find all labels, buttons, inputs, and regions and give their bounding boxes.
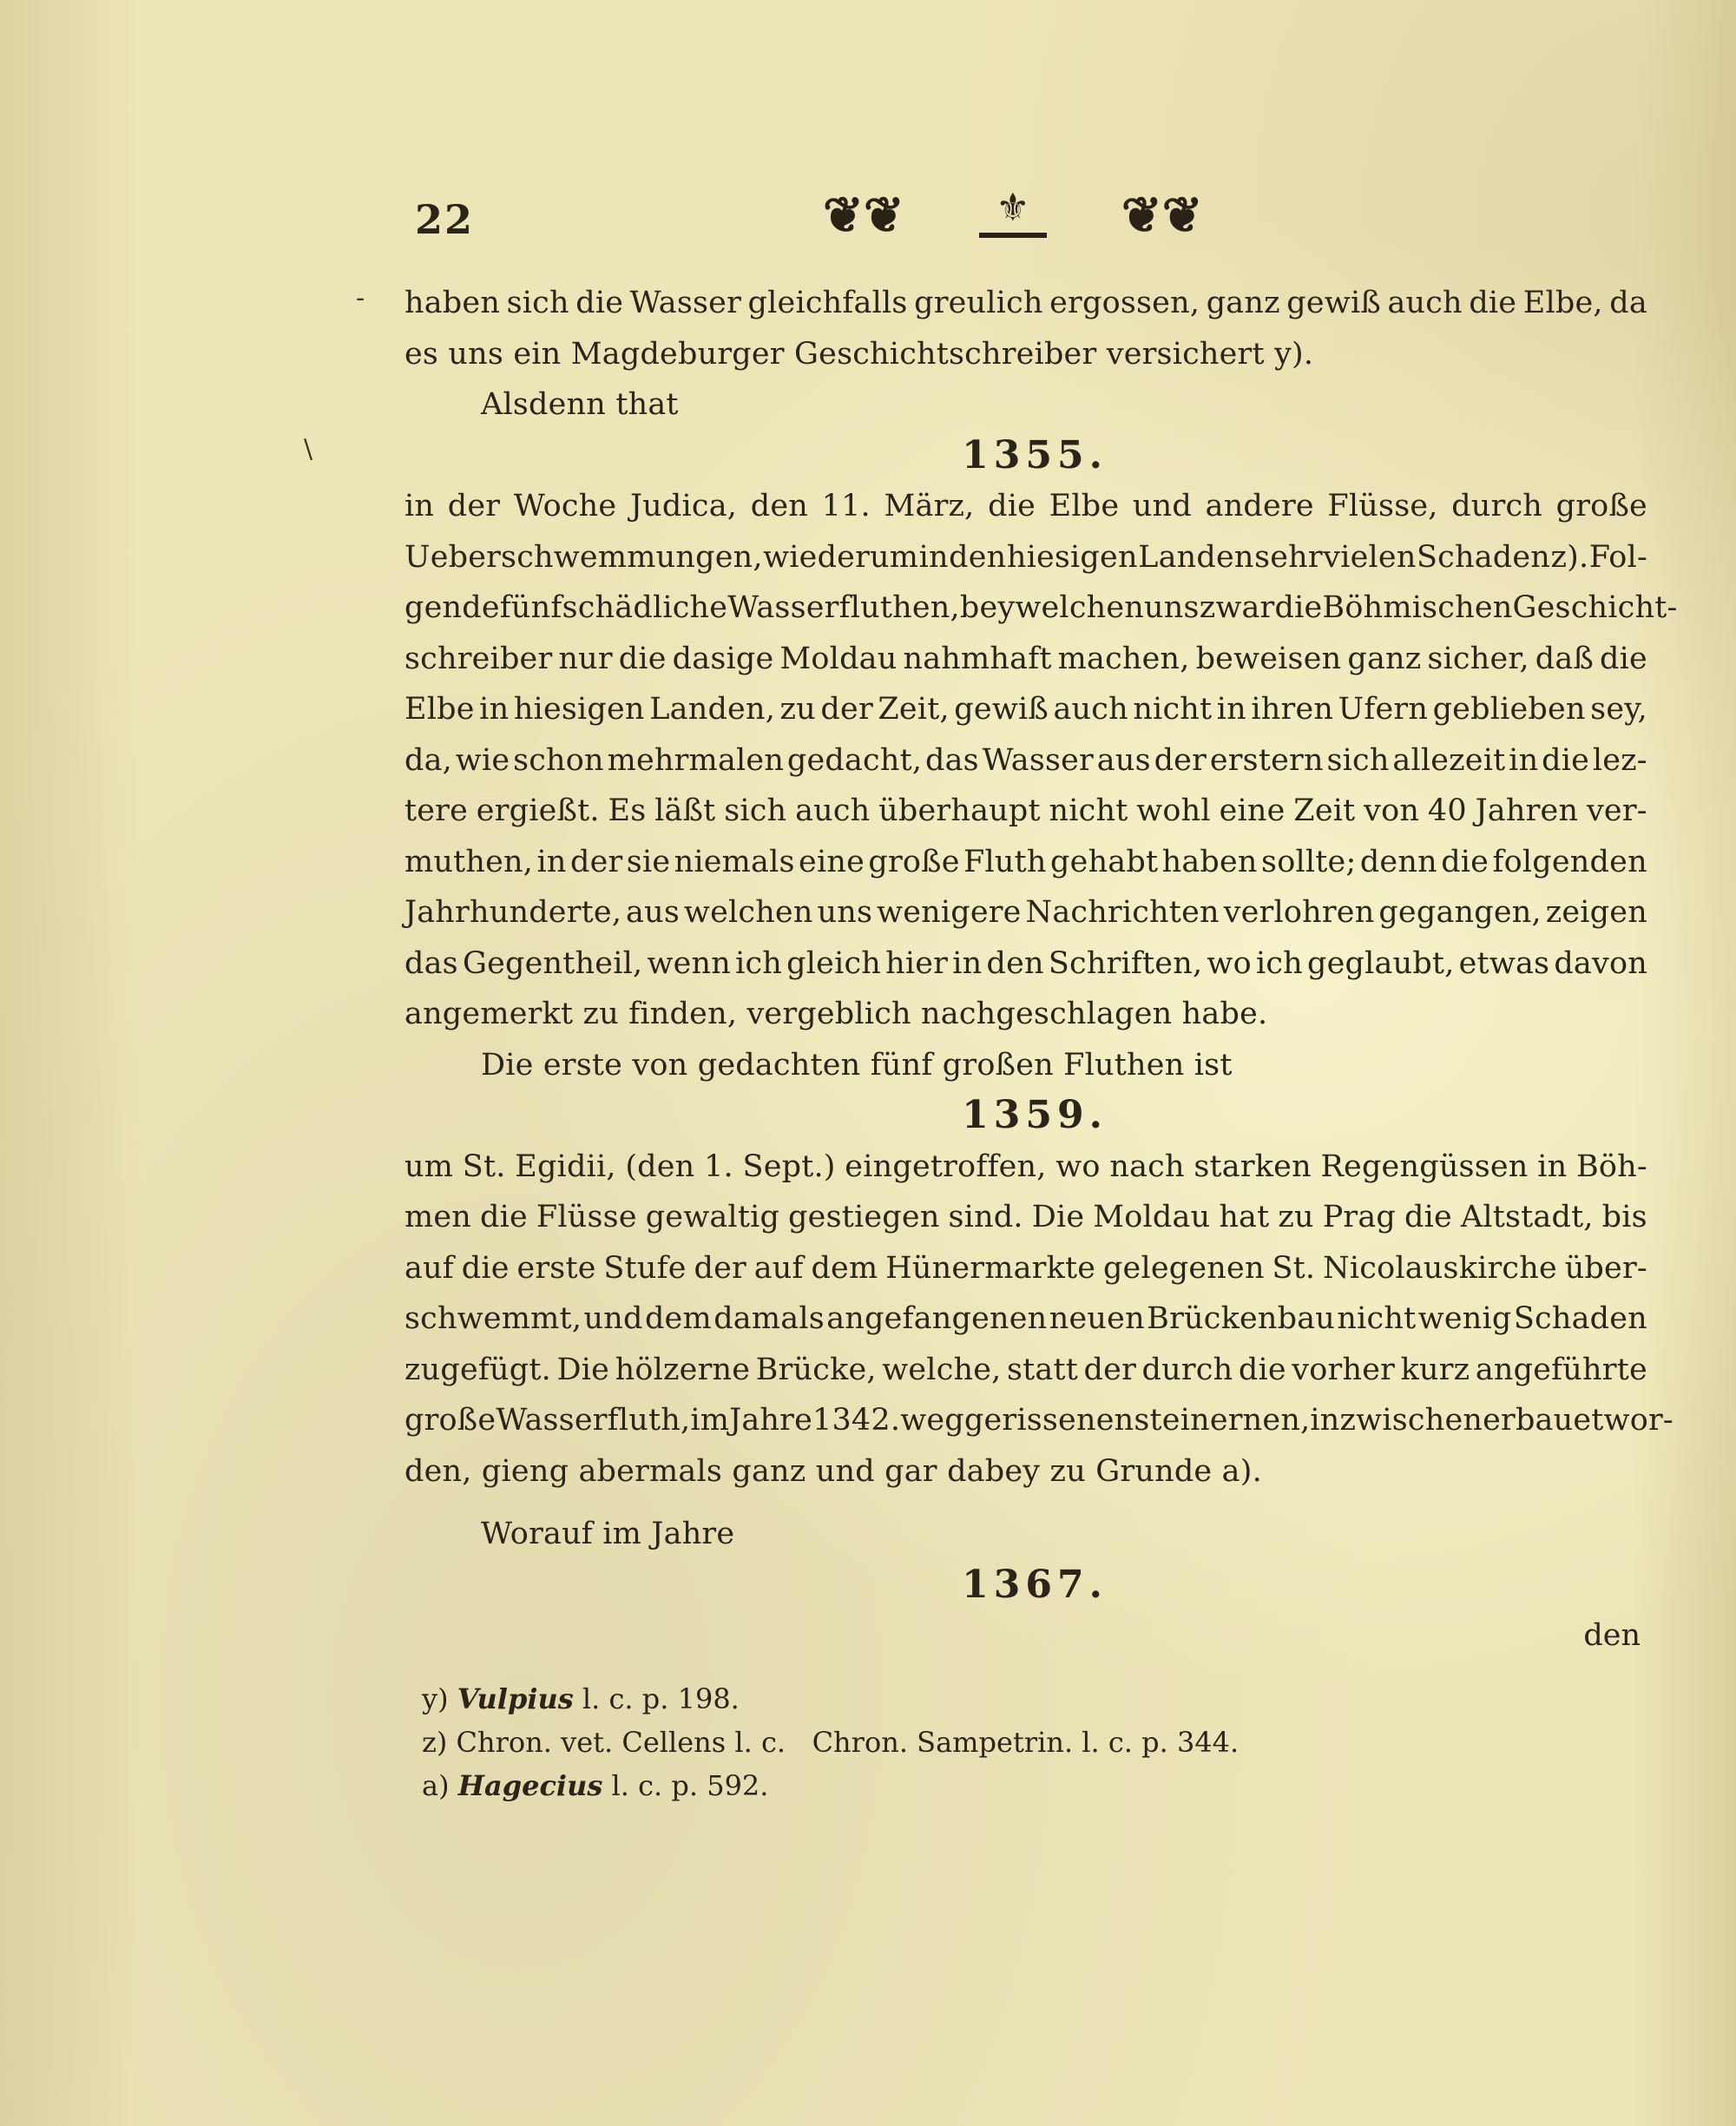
text-line: habensichdieWassergleichfallsgreulicherg… [404, 278, 1647, 329]
year-heading-1359: 1359. [404, 1090, 1647, 1142]
page-header: 22 ❦❦ ⚜ ❦❦ [415, 189, 1231, 250]
text-line: gendefünfschädlicheWasserfluthen,beywelc… [404, 583, 1647, 634]
text-line: zugefügt.DiehölzerneBrücke,welche,stattd… [404, 1345, 1647, 1396]
paragraph-1359: umSt.Egidii,(den1.Sept.)eingetroffen,won… [404, 1142, 1647, 1497]
footnote-y: y) Vulpius l. c. p. 198. [422, 1677, 1290, 1721]
text-line: Ueberschwemmungen,wiederumindenhiesigenL… [404, 532, 1647, 583]
year-heading-1355: 1355. [404, 431, 1647, 482]
text-line: muthen,indersieniemalseinegroßeFluthgeha… [404, 837, 1647, 888]
text-line: schreibernurdiedasigeMoldaunahmhaftmache… [404, 634, 1647, 685]
footnote-ref: l. c. p. 592. [602, 1769, 768, 1802]
book-page: 22 ❦❦ ⚜ ❦❦ habensichdieWassergleichfalls… [0, 0, 1736, 2126]
footnote-a: a) Hagecius l. c. p. 592. [422, 1764, 1290, 1807]
footnote-z: z) Chron. vet. Cellens l. c. Chron. Samp… [422, 1721, 1290, 1764]
crown-rule-icon: ⚜ [974, 189, 1052, 241]
text-line: mendieFlüssegewaltiggestiegensind.DieMol… [404, 1192, 1647, 1243]
footnote-author: Vulpius [457, 1682, 574, 1715]
text-line: tereergießt.Esläßtsichauchüberhauptnicht… [404, 786, 1647, 837]
footnote-mark: z) [422, 1726, 447, 1759]
text-line: Jahrhunderte,auswelchenunswenigereNachri… [404, 887, 1647, 938]
footnote-ref: l. c. p. 198. [574, 1682, 740, 1715]
body-text: habensichdieWassergleichfallsgreulicherg… [404, 278, 1647, 1662]
section-intro-1367: Worauf im Jahre [404, 1509, 1647, 1560]
page-number: 22 [415, 196, 474, 243]
year-heading-1367: 1367. [404, 1560, 1647, 1611]
footnotes: y) Vulpius l. c. p. 198. z) Chron. vet. … [422, 1677, 1290, 1807]
catchword: den [404, 1610, 1647, 1662]
margin-mark: - [356, 283, 365, 313]
section-intro-1359: Die erste von gedachten fünf großen Flut… [404, 1040, 1647, 1091]
header-ornaments: ❦❦ ⚜ ❦❦ [823, 189, 1203, 241]
footnote-author: Hagecius [458, 1769, 603, 1802]
fleuron-left-icon: ❦❦ [823, 189, 904, 241]
text-line: es uns ein Magdeburger Geschichtschreibe… [404, 329, 1647, 380]
text-line: großeWasserfluth,imJahre1342.weggerissen… [404, 1395, 1647, 1446]
margin-mark: \ [304, 434, 312, 464]
footnote-ref: Chron. vet. Cellens l. c. Chron. Sampetr… [447, 1726, 1239, 1759]
paragraph-1355: inderWocheJudica,den11.März,dieElbeundan… [404, 481, 1647, 1040]
text-line: ElbeinhiesigenLanden,zuderZeit,gewißauch… [404, 684, 1647, 735]
text-line: umSt.Egidii,(den1.Sept.)eingetroffen,won… [404, 1142, 1647, 1193]
section-intro-1355: Alsdenn that [404, 379, 1647, 431]
text-line: inderWocheJudica,den11.März,dieElbeundan… [404, 481, 1647, 532]
text-line: aufdieersteStufederaufdemHünermarktegele… [404, 1243, 1647, 1294]
footnote-mark: y) [422, 1682, 449, 1715]
footnote-mark: a) [422, 1769, 450, 1802]
fleuron-right-icon: ❦❦ [1121, 189, 1203, 241]
text-line: schwemmt,unddemdamalsangefangenenneuenBr… [404, 1293, 1647, 1345]
text-line: dasGegentheil,wennichgleichhierindenSchr… [404, 938, 1647, 990]
text-line: da,wieschonmehrmalengedacht,dasWasseraus… [404, 735, 1647, 787]
text-line: angemerkt zu finden, vergeblich nachgesc… [404, 989, 1647, 1040]
text-line: den, gieng abermals ganz und gar dabey z… [404, 1446, 1647, 1497]
